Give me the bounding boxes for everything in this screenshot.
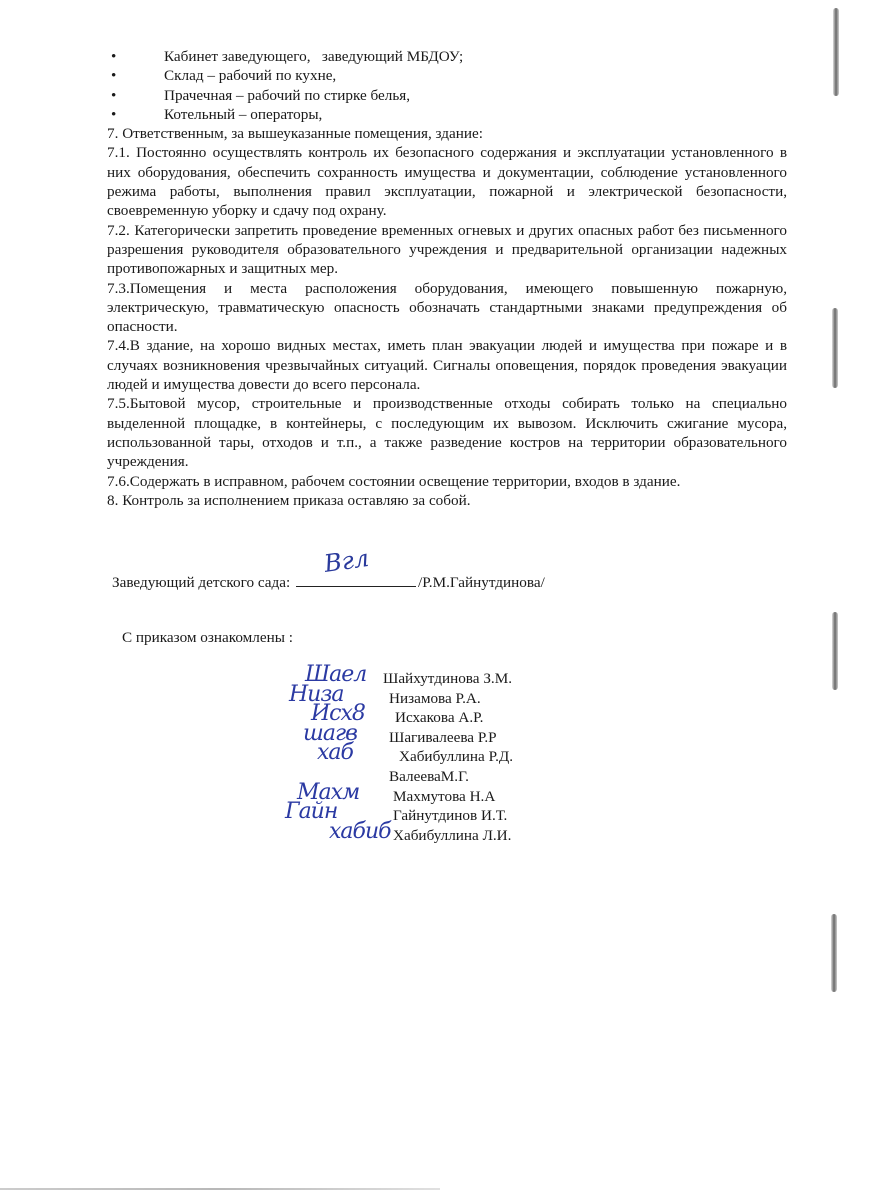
item-7-1: 7.1. Постоянно осуществлять контроль их … bbox=[107, 143, 787, 220]
acknowledgment-list: ШаелШайхутдинова З.М.НизаНизамова Р.А.Ис… bbox=[285, 670, 585, 846]
employee-name: Низамова Р.А. bbox=[389, 690, 481, 708]
employee-name: ВалееваМ.Г. bbox=[389, 768, 469, 786]
item-7: 7. Ответственным, за вышеуказанные помещ… bbox=[107, 124, 787, 143]
document-body: • Кабинет заведующего, заведующий МБДОУ;… bbox=[107, 47, 787, 510]
item-7-6: 7.6.Содержать в исправном, рабочем состо… bbox=[107, 472, 787, 491]
employee-name: Исхакова А.Р. bbox=[395, 709, 483, 727]
bullet-item: • Прачечная – рабочий по стирке белья, bbox=[107, 86, 787, 105]
handwritten-signature: хабиб bbox=[329, 819, 391, 844]
scan-edge-mark bbox=[831, 914, 837, 992]
bullet-text: Прачечная – рабочий по стирке белья, bbox=[164, 86, 410, 105]
employee-name: Махмутова Н.А bbox=[393, 788, 495, 806]
scan-bottom-edge bbox=[0, 1188, 440, 1190]
signature-underline: Вгл bbox=[296, 569, 416, 587]
scan-edge-mark bbox=[832, 308, 838, 388]
bullet-text: Склад – рабочий по кухне, bbox=[164, 66, 336, 85]
handwritten-signature: хаб bbox=[317, 740, 353, 765]
acknowledgment-row: хабХабибуллина Р.Д. bbox=[285, 748, 585, 768]
acknowledgment-label: С приказом ознакомлены : bbox=[122, 629, 293, 647]
employee-name: Хабибуллина Р.Д. bbox=[399, 748, 513, 766]
item-7-2: 7.2. Категорически запретить проведение … bbox=[107, 221, 787, 279]
director-signature-line: Заведующий детского сада: Вгл /Р.М.Гайну… bbox=[112, 569, 545, 592]
employee-name: Гайнутдинов И.Т. bbox=[393, 807, 507, 825]
director-title: Заведующий детского сада: bbox=[112, 574, 290, 591]
item-7-4: 7.4.В здание, на хорошо видных местах, и… bbox=[107, 336, 787, 394]
bullet-icon: • bbox=[107, 86, 164, 105]
bullet-icon: • bbox=[107, 47, 164, 66]
handwritten-signature: Вгл bbox=[322, 544, 371, 578]
bullet-text: Кабинет заведующего, заведующий МБДОУ; bbox=[164, 47, 463, 66]
employee-name: Хабибуллина Л.И. bbox=[393, 827, 511, 845]
director-name: /Р.М.Гайнутдинова/ bbox=[418, 574, 545, 591]
item-7-3: 7.3.Помещения и места расположения обору… bbox=[107, 279, 787, 337]
scan-edge-mark bbox=[832, 612, 838, 690]
bullet-icon: • bbox=[107, 105, 164, 124]
bullet-item: • Кабинет заведующего, заведующий МБДОУ; bbox=[107, 47, 787, 66]
employee-name: Шайхутдинова З.М. bbox=[383, 670, 512, 688]
employee-name: Шагивалеева Р.Р bbox=[389, 729, 497, 747]
bullet-text: Котельный – операторы, bbox=[164, 105, 322, 124]
bullet-icon: • bbox=[107, 66, 164, 85]
scanned-document-page: • Кабинет заведующего, заведующий МБДОУ;… bbox=[0, 0, 872, 1200]
acknowledgment-row: хабибХабибуллина Л.И. bbox=[285, 827, 585, 847]
bullet-item: • Котельный – операторы, bbox=[107, 105, 787, 124]
item-7-5: 7.5.Бытовой мусор, строительные и произв… bbox=[107, 394, 787, 471]
bullet-item: • Склад – рабочий по кухне, bbox=[107, 66, 787, 85]
item-8: 8. Контроль за исполнением приказа остав… bbox=[107, 491, 787, 510]
scan-edge-mark bbox=[833, 8, 839, 96]
